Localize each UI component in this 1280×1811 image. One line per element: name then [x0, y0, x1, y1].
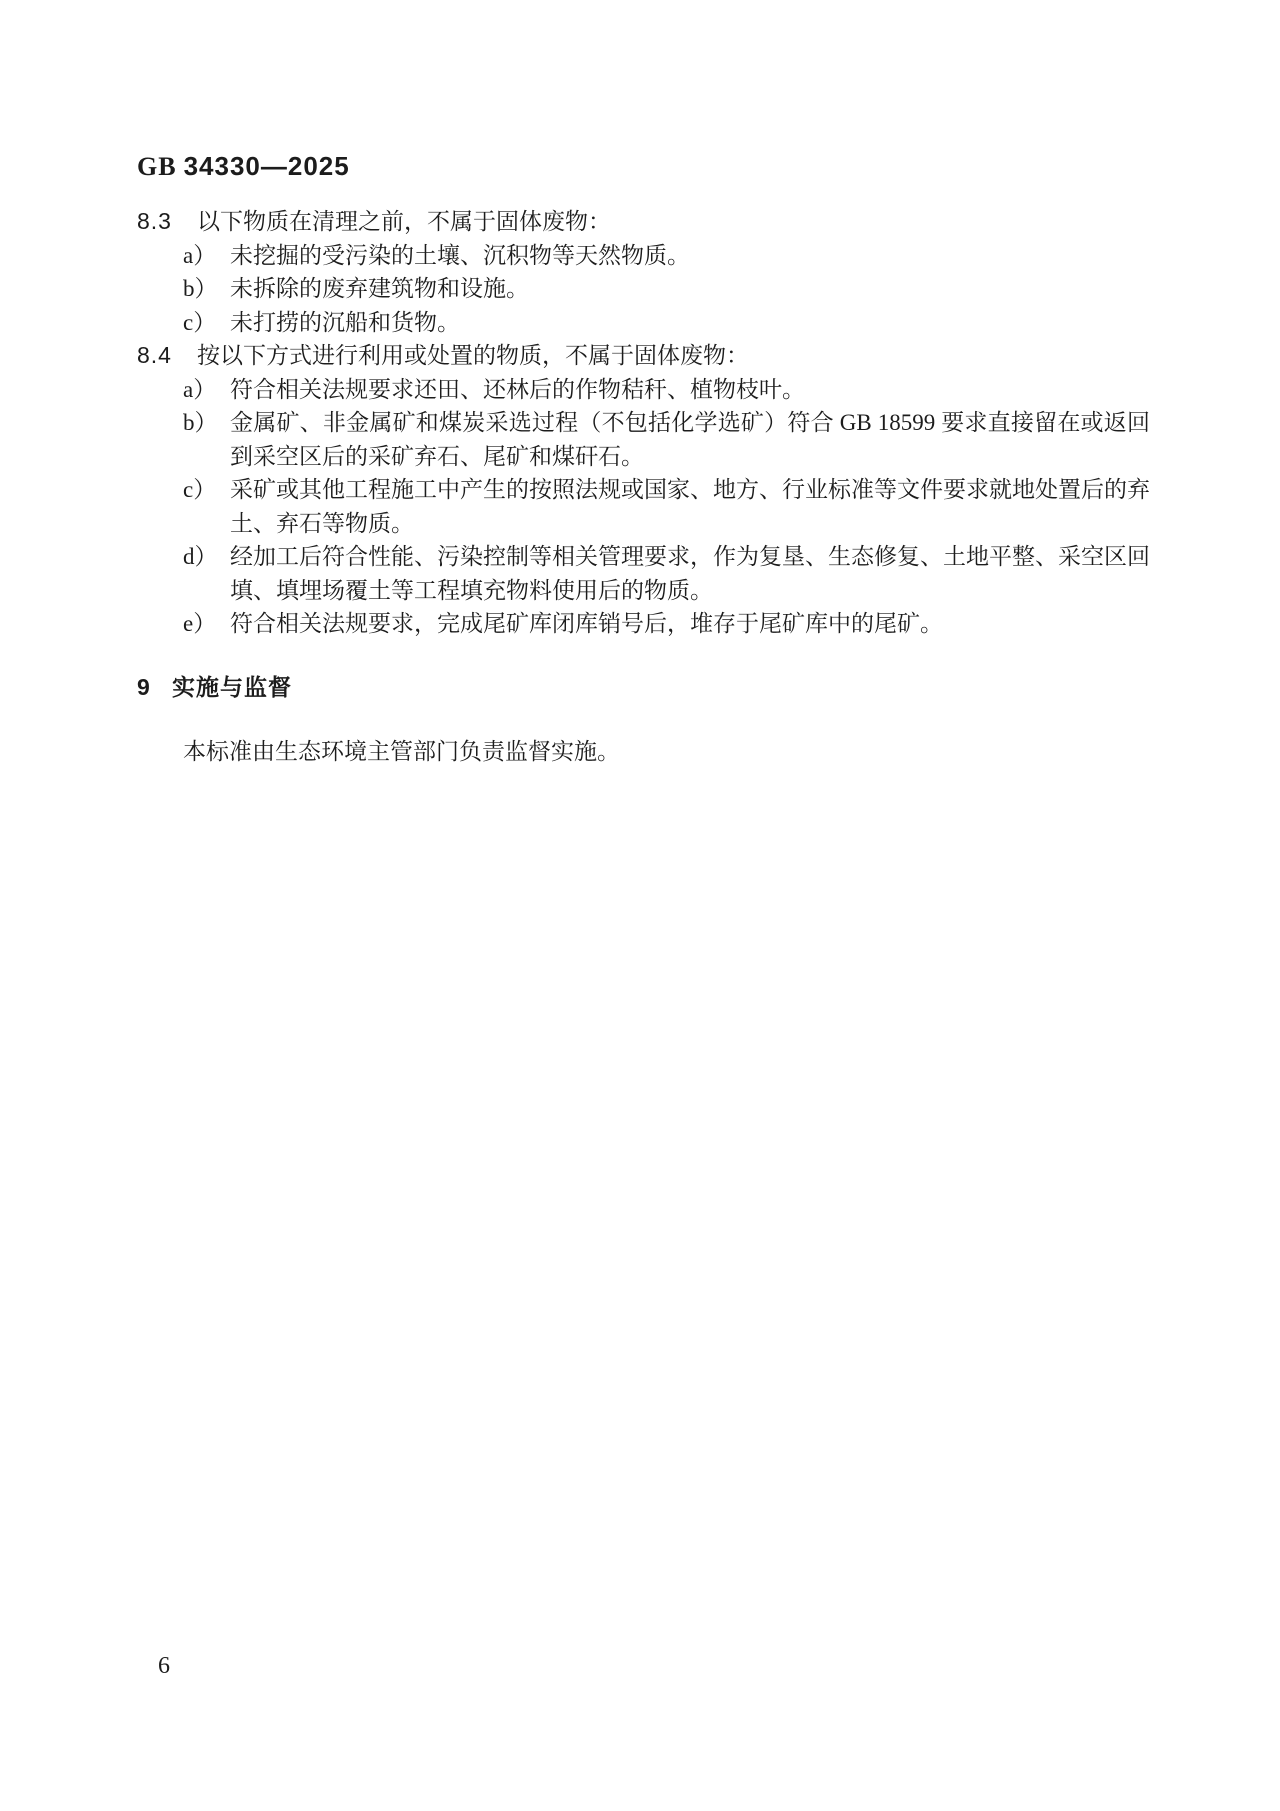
list-item: d） 经加工后符合性能、污染控制等相关管理要求，作为复垦、生态修复、土地平整、采…: [137, 540, 1150, 607]
chapter-9-heading: 9 实施与监督: [137, 671, 1150, 705]
list-item-marker: a）: [183, 373, 230, 407]
list-item-text: 经加工后符合性能、污染控制等相关管理要求，作为复垦、生态修复、土地平整、采空区回…: [230, 540, 1150, 607]
list-item: b） 金属矿、非金属矿和煤炭采选过程（不包括化学选矿）符合 GB 18599 要…: [137, 406, 1150, 473]
standard-code: 34330—2025: [184, 151, 350, 181]
clause-text: 按以下方式进行利用或处置的物质，不属于固体废物：: [197, 339, 1150, 373]
list-item-text: 符合相关法规要求，完成尾矿库闭库销号后，堆存于尾矿库中的尾矿。: [230, 607, 1150, 641]
list-item: e） 符合相关法规要求，完成尾矿库闭库销号后，堆存于尾矿库中的尾矿。: [137, 607, 1150, 641]
list-item-text: 符合相关法规要求还田、还林后的作物秸秆、植物枝叶。: [230, 373, 1150, 407]
chapter-9-paragraph: 本标准由生态环境主管部门负责监督实施。: [137, 735, 1150, 769]
list-item: c） 采矿或其他工程施工中产生的按照法规或国家、地方、行业标准等文件要求就地处置…: [137, 473, 1150, 540]
list-item-marker: c）: [183, 473, 230, 540]
list-item: b） 未拆除的废弃建筑物和设施。: [137, 272, 1150, 306]
list-item-text: 未打捞的沉船和货物。: [230, 306, 1150, 340]
document-page: GB34330—2025 8.3 以下物质在清理之前，不属于固体废物： a） 未…: [0, 0, 1280, 1811]
clause-8-4-heading: 8.4 按以下方式进行利用或处置的物质，不属于固体废物：: [137, 339, 1150, 373]
list-item-marker: c）: [183, 306, 230, 340]
list-item-text: 金属矿、非金属矿和煤炭采选过程（不包括化学选矿）符合 GB 18599 要求直接…: [230, 406, 1150, 473]
list-item-text: 未挖掘的受污染的土壤、沉积物等天然物质。: [230, 239, 1150, 273]
clause-text: 以下物质在清理之前，不属于固体废物：: [197, 205, 1150, 239]
list-item: a） 符合相关法规要求还田、还林后的作物秸秆、植物枝叶。: [137, 373, 1150, 407]
list-item-marker: e）: [183, 607, 230, 641]
clause-number: 8.4: [137, 339, 197, 373]
list-item-text: 采矿或其他工程施工中产生的按照法规或国家、地方、行业标准等文件要求就地处置后的弃…: [230, 473, 1150, 540]
chapter-number: 9: [137, 671, 172, 705]
list-item-marker: b）: [183, 406, 230, 473]
page-number: 6: [158, 1653, 170, 1680]
document-body: 8.3 以下物质在清理之前，不属于固体废物： a） 未挖掘的受污染的土壤、沉积物…: [137, 205, 1150, 769]
list-item-marker: d）: [183, 540, 230, 607]
list-item-text: 未拆除的废弃建筑物和设施。: [230, 272, 1150, 306]
list-item: c） 未打捞的沉船和货物。: [137, 306, 1150, 340]
list-item: a） 未挖掘的受污染的土壤、沉积物等天然物质。: [137, 239, 1150, 273]
list-item-marker: b）: [183, 272, 230, 306]
list-item-marker: a）: [183, 239, 230, 273]
standard-prefix: GB: [137, 152, 177, 181]
standard-number: GB34330—2025: [137, 151, 350, 182]
chapter-title: 实施与监督: [172, 671, 1150, 705]
clause-number: 8.3: [137, 205, 197, 239]
clause-8-3-heading: 8.3 以下物质在清理之前，不属于固体废物：: [137, 205, 1150, 239]
